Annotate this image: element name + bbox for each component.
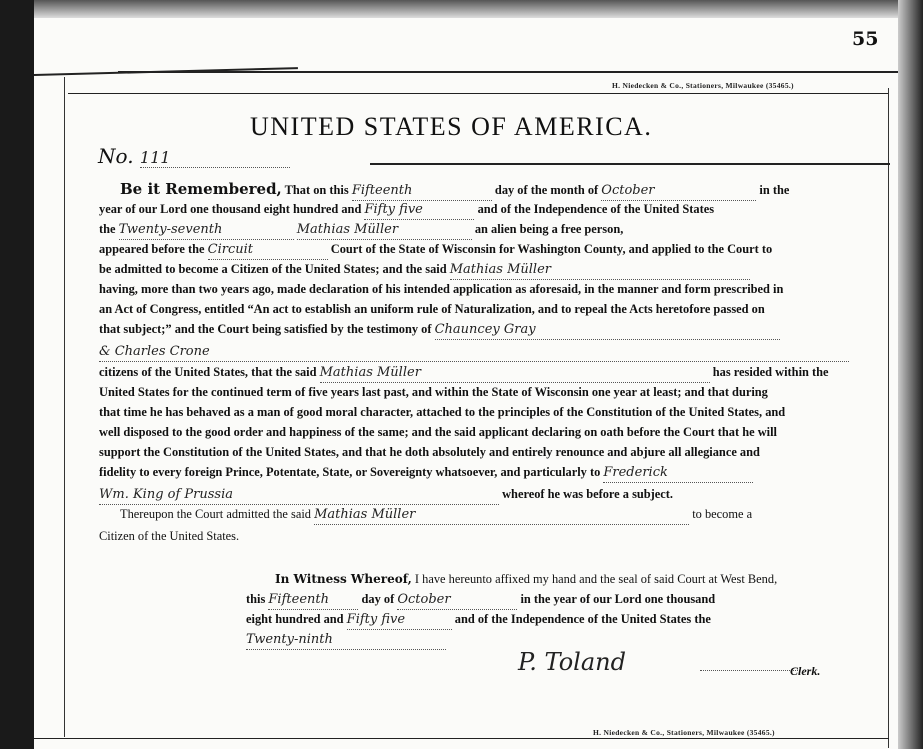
body-line-15: fidelity to every foreign Prince, Potent… <box>99 463 849 483</box>
body-line-5: be admitted to become a Citizen of the U… <box>99 260 849 280</box>
text: Thereupon the Court admitted the said <box>120 507 311 521</box>
text: in the year of our Lord one thousand <box>520 592 715 606</box>
witness-2-field: & Charles Crone <box>99 343 849 362</box>
month-field: October <box>601 182 756 201</box>
scan-shadow-right <box>898 0 923 749</box>
sovereign-field: Frederick <box>603 464 753 483</box>
witness-independence-year-field: Twenty-ninth <box>246 631 446 650</box>
applicant-name-field: Mathias Müller <box>450 261 750 280</box>
body-line-4: appeared before the Circuit Court of the… <box>99 240 849 260</box>
footer-rule <box>34 738 889 739</box>
alien-name-field: Mathias Müller <box>297 221 472 240</box>
court-field: Circuit <box>208 241 328 260</box>
body-line-10: citizens of the United States, that the … <box>99 363 849 383</box>
clerk-title: Clerk. <box>790 664 820 679</box>
body-line-14: support the Constitution of the United S… <box>99 443 849 461</box>
witness-line-2: this Fifteenth day of October in the yea… <box>246 590 846 610</box>
text: day of <box>362 592 395 606</box>
text: I have hereunto affixed my hand and the … <box>415 572 777 586</box>
admitted-name-field: Mathias Müller <box>314 506 689 525</box>
sovereign-continued-field: Wm. King of Prussia <box>99 486 499 505</box>
day-field: Fifteenth <box>352 182 492 201</box>
witness-line-4: Twenty-ninth <box>246 630 846 650</box>
text: the <box>99 222 116 236</box>
text: appeared before the <box>99 242 205 256</box>
decorative-rule <box>370 163 890 165</box>
body-line-13: well disposed to the good order and happ… <box>99 423 849 441</box>
witness-1-field: Chauncey Gray <box>435 321 780 340</box>
text: and of the Independence of the United St… <box>455 612 711 626</box>
in-witness-whereof-heading: In Witness Whereof, <box>275 572 412 586</box>
clerk-signature: P. Toland <box>518 648 626 676</box>
header-rule-lower <box>68 93 888 94</box>
body-line-9: & Charles Crone <box>99 342 849 362</box>
body-line-17: Thereupon the Court admitted the said Ma… <box>120 505 870 525</box>
text: fidelity to every foreign Prince, Potent… <box>99 465 600 479</box>
stationer-imprint-bottom: H. Niedecken & Co., Stationers, Milwauke… <box>593 728 775 737</box>
text: in the <box>759 183 789 197</box>
text: to become a <box>692 507 752 521</box>
body-line-8: that subject;” and the Court being satis… <box>99 320 849 340</box>
witness-line-1: In Witness Whereof, I have hereunto affi… <box>275 570 855 588</box>
body-line-12: that time he has behaved as a man of goo… <box>99 403 849 421</box>
text: citizens of the United States, that the … <box>99 365 317 379</box>
witness-month-field: October <box>397 591 517 610</box>
witness-year-field: Fifty five <box>347 611 452 630</box>
witness-day-field: Fifteenth <box>268 591 358 610</box>
text: year of our Lord one thousand eight hund… <box>99 202 361 216</box>
body-line-16: Wm. King of Prussia whereof he was befor… <box>99 485 849 505</box>
text: eight hundred and <box>246 612 344 626</box>
scan-shadow-top <box>34 0 923 18</box>
document-title: UNITED STATES OF AMERICA. <box>250 112 652 142</box>
witness-line-3: eight hundred and Fifty five and of the … <box>246 610 846 630</box>
body-line-2: year of our Lord one thousand eight hund… <box>99 200 849 220</box>
be-it-remembered-heading: Be it Remembered, <box>120 180 282 198</box>
left-margin-line <box>64 77 65 737</box>
text: be admitted to become a Citizen of the U… <box>99 262 447 276</box>
header-rule <box>118 71 898 73</box>
body-line-11: United States for the continued term of … <box>99 383 849 401</box>
text: day of the month of <box>495 183 598 197</box>
body-line-7: an Act of Congress, entitled “An act to … <box>99 300 849 318</box>
right-margin-line <box>888 88 889 748</box>
text: an alien being a free person, <box>475 222 623 236</box>
number-label: No. <box>98 144 134 168</box>
stationer-imprint-top: H. Niedecken & Co., Stationers, Milwauke… <box>612 81 794 90</box>
text: That on this <box>285 183 349 197</box>
body-line-18: Citizen of the United States. <box>99 527 849 545</box>
text: Court of the State of Wisconsin for Wash… <box>331 242 772 256</box>
text: whereof he was before a subject. <box>502 487 673 501</box>
body-line-1: Be it Remembered, That on this Fifteenth… <box>120 180 870 201</box>
text: that subject;” and the Court being satis… <box>99 322 431 336</box>
signature-line <box>700 670 800 671</box>
page-number: 55 <box>852 28 878 50</box>
body-line-3: the Twenty-seventh Mathias Müller an ali… <box>99 220 849 240</box>
certificate-number: No. 111 <box>98 144 290 168</box>
text: has resided within the <box>713 365 829 379</box>
resident-name-field: Mathias Müller <box>320 364 710 383</box>
text: this <box>246 592 265 606</box>
year-field: Fifty five <box>364 201 474 220</box>
body-line-6: having, more than two years ago, made de… <box>99 280 849 298</box>
independence-year-field: Twenty-seventh <box>119 221 294 240</box>
number-value: 111 <box>140 148 290 168</box>
text: and of the Independence of the United St… <box>478 202 714 216</box>
